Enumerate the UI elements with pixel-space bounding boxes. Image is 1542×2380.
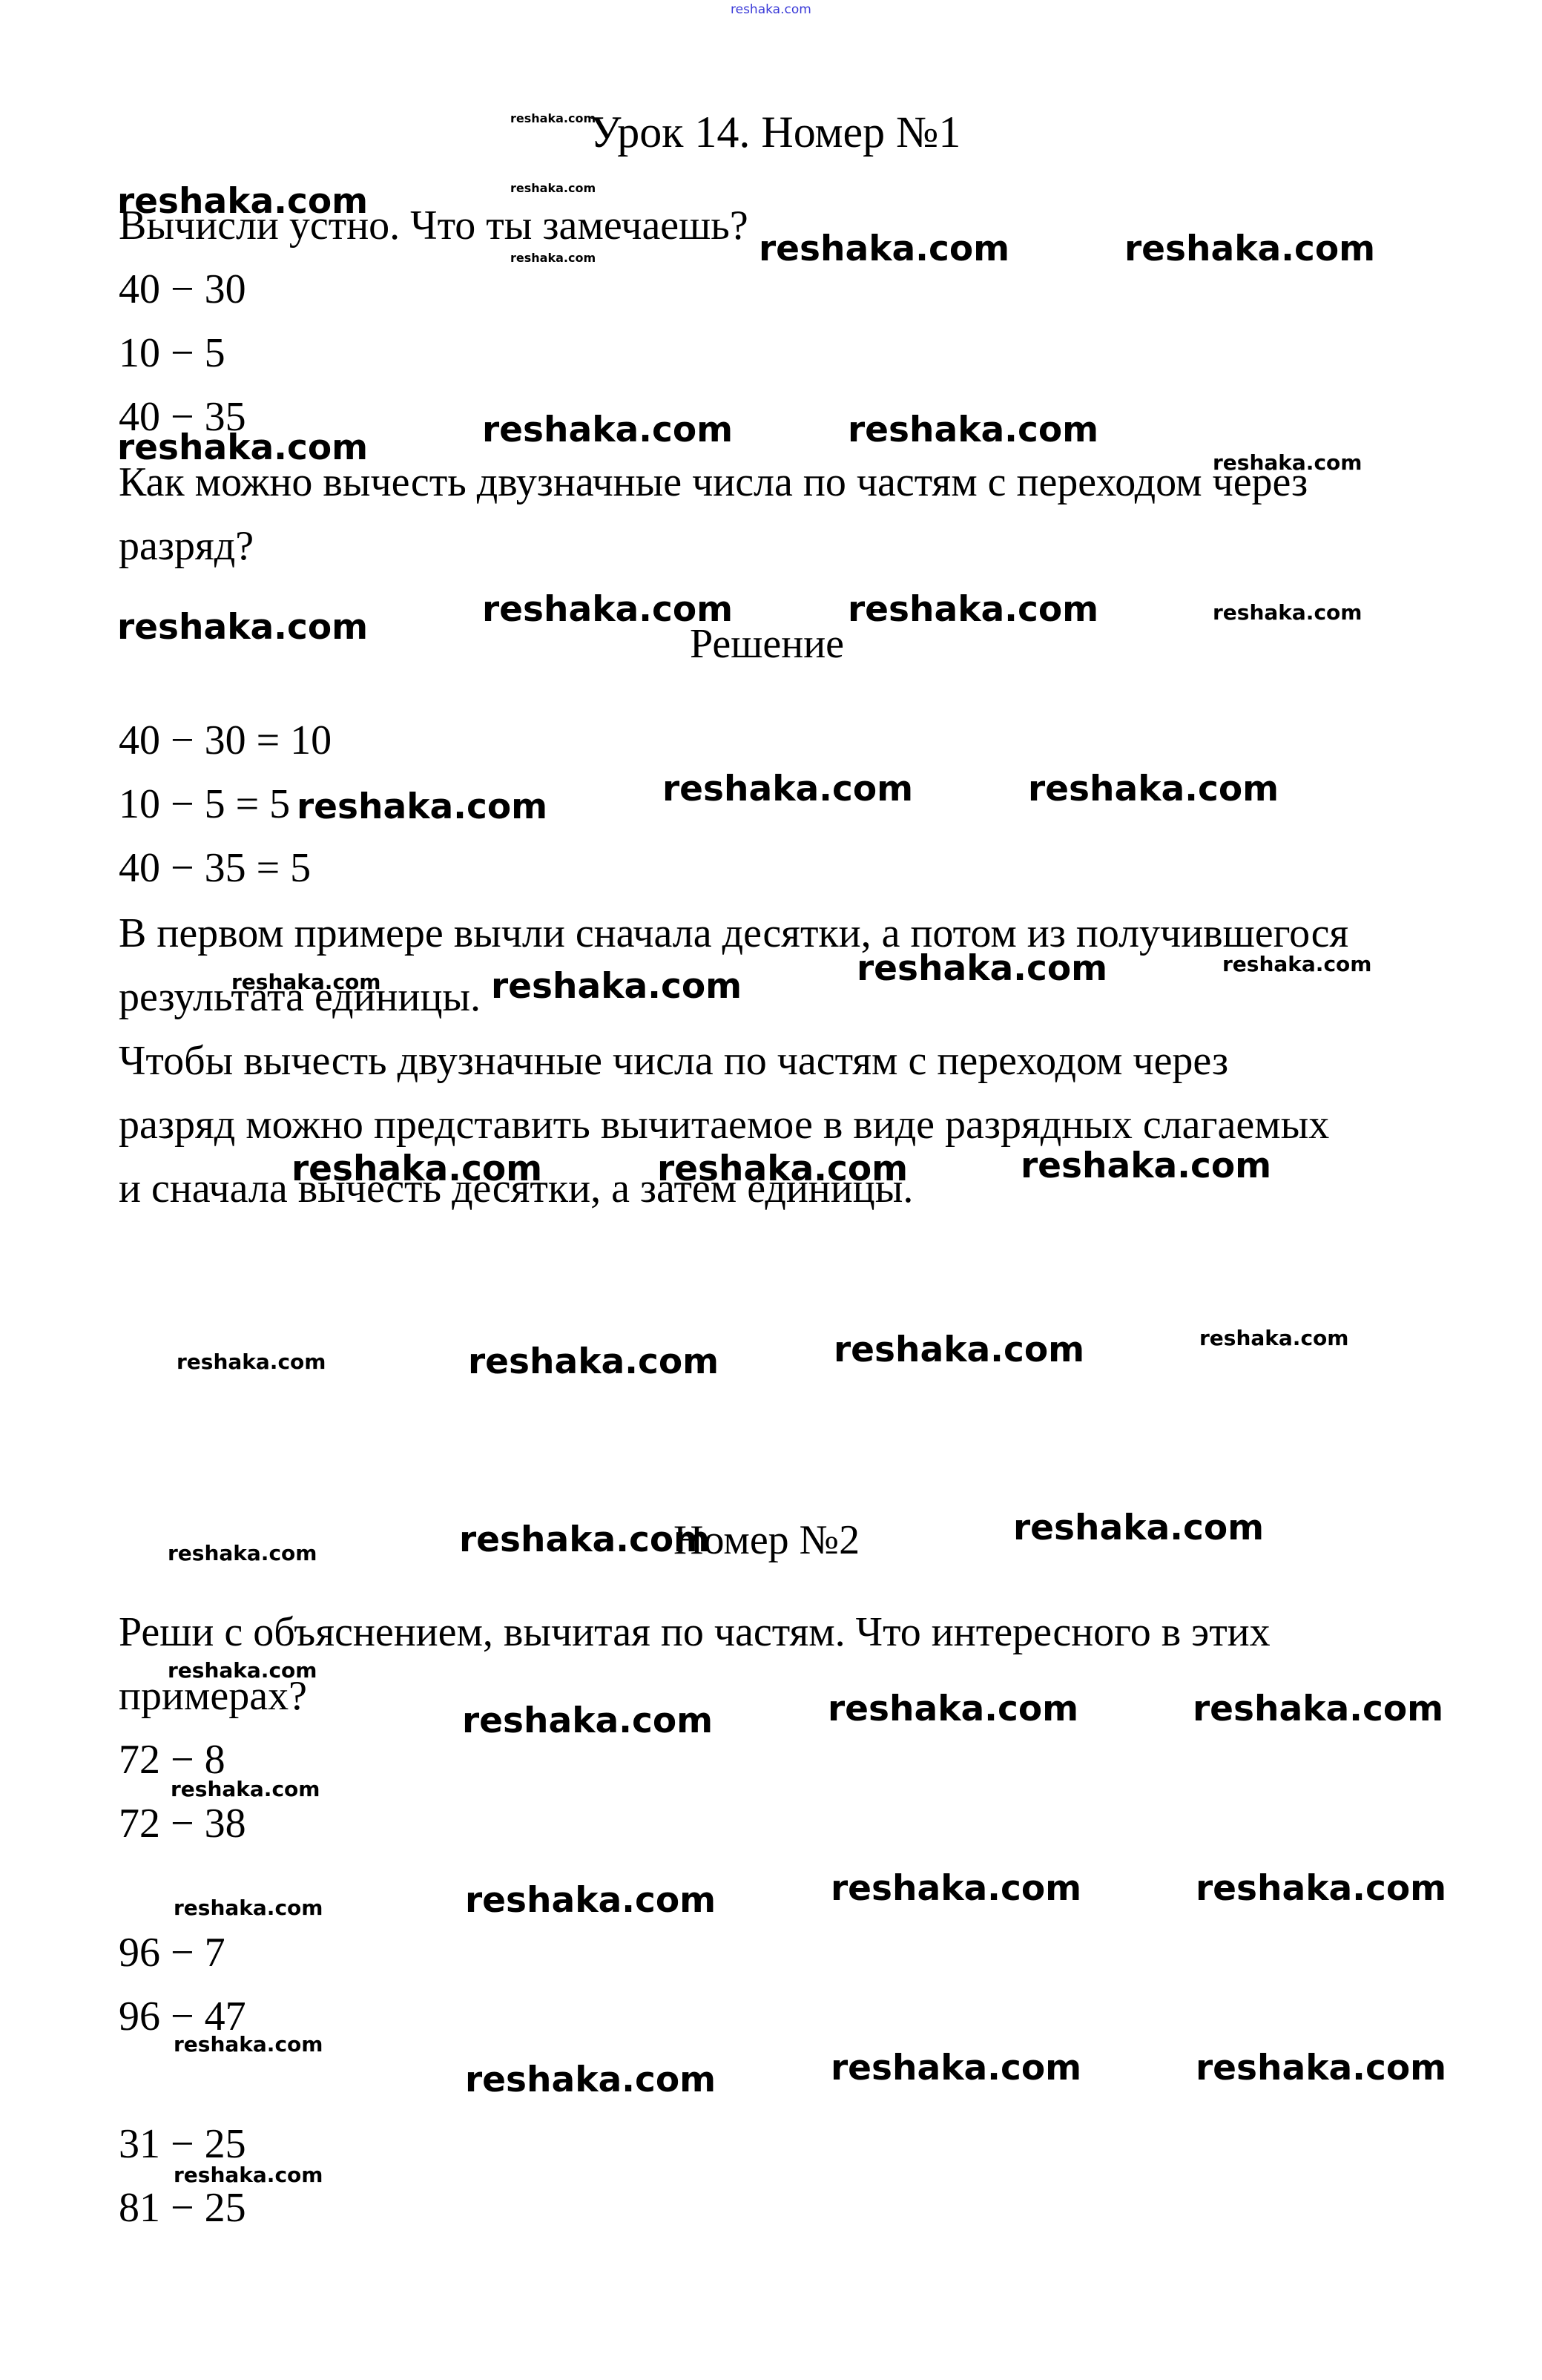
watermark: reshaka.com: [1124, 231, 1375, 266]
task2-expression: 96 − 7: [119, 1932, 225, 1973]
watermark: reshaka.com: [462, 1703, 713, 1738]
watermark: reshaka.com: [1028, 772, 1279, 806]
solution-line: 40 − 30 = 10: [119, 720, 332, 761]
task2-question-line1: Реши с объяснением, вычитая по частям. Ч…: [119, 1611, 1271, 1653]
watermark: reshaka.com: [117, 184, 368, 219]
watermark: reshaka.com: [1213, 602, 1362, 623]
task1-expression: 40 − 30: [119, 269, 246, 310]
watermark: reshaka.com: [177, 1352, 326, 1373]
explanation-line: В первом примере вычли сначала десятки, …: [119, 913, 1348, 954]
watermark: reshaka.com: [1193, 1692, 1443, 1726]
watermark: reshaka.com: [231, 972, 380, 993]
watermark: reshaka.com: [468, 1344, 719, 1379]
task1-title: Урок 14. Номер №1: [590, 110, 961, 154]
watermark: reshaka.com: [171, 1779, 320, 1800]
watermark: reshaka.com: [491, 969, 742, 1004]
watermark: reshaka.com: [1013, 1510, 1264, 1545]
watermark: reshaka.com: [510, 183, 596, 194]
watermark: reshaka.com: [459, 1522, 710, 1557]
solution-line: 10 − 5 = 5: [119, 783, 290, 825]
watermark: reshaka.com: [848, 592, 1098, 627]
watermark: reshaka.com: [168, 1660, 317, 1681]
task2-expression: 31 − 25: [119, 2123, 246, 2165]
site-link[interactable]: reshaka.com: [731, 2, 811, 17]
solution-line: 40 − 35 = 5: [119, 847, 311, 889]
watermark: reshaka.com: [510, 252, 596, 264]
watermark: reshaka.com: [831, 2051, 1081, 2085]
document-page: reshaka.com Урок 14. Номер №1 Вычисли ус…: [0, 0, 1542, 2380]
task2-expression: 72 − 8: [119, 1739, 225, 1781]
watermark: reshaka.com: [291, 1151, 542, 1186]
task2-expression: 81 − 25: [119, 2187, 246, 2229]
watermark: reshaka.com: [117, 610, 368, 645]
watermark: reshaka.com: [831, 1871, 1081, 1906]
watermark: reshaka.com: [117, 430, 368, 465]
watermark: reshaka.com: [662, 772, 913, 806]
watermark: reshaka.com: [297, 789, 547, 824]
watermark: reshaka.com: [857, 951, 1107, 986]
watermark: reshaka.com: [174, 2034, 323, 2055]
task2-expression: 96 − 47: [119, 1996, 246, 2037]
watermark: reshaka.com: [1199, 1328, 1348, 1349]
watermark: reshaka.com: [1196, 1871, 1446, 1906]
watermark: reshaka.com: [759, 231, 1009, 266]
watermark: reshaka.com: [1213, 453, 1362, 473]
watermark: reshaka.com: [482, 412, 733, 447]
watermark: reshaka.com: [1021, 1148, 1271, 1183]
explanation-line: разряд можно представить вычитаемое в ви…: [119, 1104, 1329, 1145]
task1-question2-line2: разряд?: [119, 525, 254, 567]
task2-expression: 72 − 38: [119, 1803, 246, 1844]
watermark: reshaka.com: [848, 412, 1098, 447]
explanation-line: Чтобы вычесть двузначные числа по частям…: [119, 1040, 1228, 1082]
watermark: reshaka.com: [828, 1692, 1078, 1726]
watermark: reshaka.com: [657, 1151, 908, 1186]
watermark: reshaka.com: [168, 1543, 317, 1564]
watermark: reshaka.com: [482, 592, 733, 627]
watermark: reshaka.com: [465, 1883, 716, 1918]
watermark: reshaka.com: [174, 2165, 323, 2186]
watermark: reshaka.com: [465, 2062, 716, 2097]
watermark: reshaka.com: [174, 1898, 323, 1919]
task1-expression: 10 − 5: [119, 332, 225, 374]
watermark: reshaka.com: [510, 113, 596, 125]
watermark: reshaka.com: [834, 1332, 1084, 1367]
watermark: reshaka.com: [1222, 954, 1371, 975]
watermark: reshaka.com: [1196, 2051, 1446, 2085]
